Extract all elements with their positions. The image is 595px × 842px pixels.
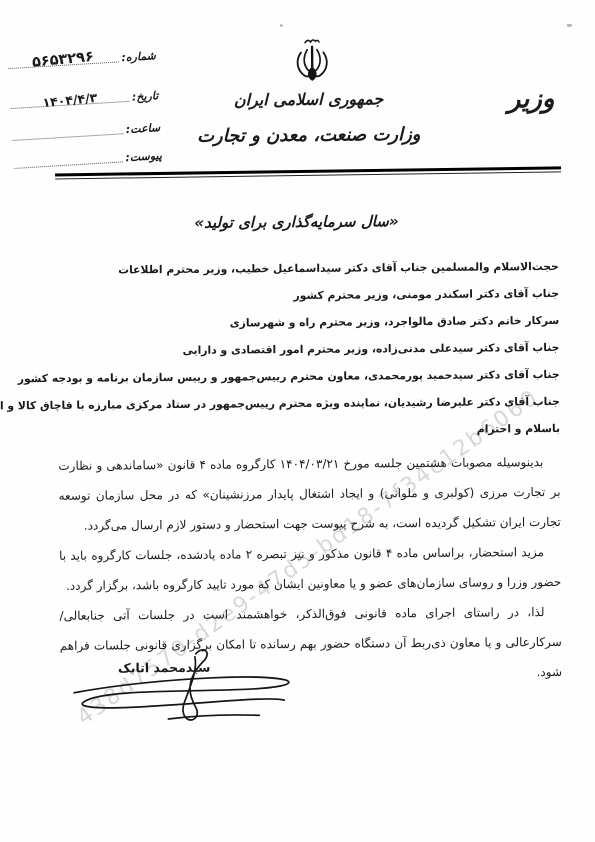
scanned-letter-page: 438d7570-d2e9-47d5-bd18-7f34c12b6060 وزی… [0,0,595,842]
time-field-line [12,115,124,141]
org-name-line1: جمهوری اسلامی ایران [208,89,408,110]
time-field: ساعت: [12,113,161,144]
date-field-label: تاریخ: [132,89,159,105]
attachment-field-line [13,143,122,168]
header-fields: شماره: ۵۶۵۳۲۹۶ تاریخ: ۱۴۰۴/۴/۳ ساعت: [7,41,155,50]
time-field-label: ساعت: [125,121,160,137]
date-field-value: ۱۴۰۴/۴/۳ [42,90,98,110]
body-paragraph-2: مزید استحضار، براساس ماده ۴ قانون مذکور … [59,537,561,601]
date-field: تاریخ: ۱۴۰۴/۴/۳ [10,81,159,112]
number-field: شماره: ۵۶۵۳۲۹۶ [7,41,156,72]
body-paragraph-1: بدینوسیله مصوبات هشتمین جلسه مورخ ۱۴۰۴/۰… [58,447,561,541]
letterhead: وزیر جمهوری اسلامی ایران وزارت صنعت، معد… [0,0,592,2]
scan-speck [567,24,572,27]
recipient-line: سرکار خانم دکتر صادق مالواجرد، وزیر محتر… [57,307,559,338]
attachment-field-label: پیوست: [125,149,162,165]
attachment-field: پیوست: [13,141,162,172]
recipients-list: حجت‌الاسلام والمسلمین جناب آقای دکتر سید… [57,253,560,446]
org-name-line2: وزارت صنعت، معدن و تجارت [179,124,439,147]
slogan: «سال سرمایه‌گذاری برای تولید» [96,211,496,232]
recipient-line: جناب آقای دکتر سیدحمید پورمحمدی، معاون م… [58,361,560,392]
scan-speck [280,24,283,27]
iran-emblem-icon [291,36,333,86]
salutation: باسلام و احترام [58,415,560,446]
recipient-line: حجت‌الاسلام والمسلمین جناب آقای دکتر سید… [57,253,559,284]
letter-scan: وزیر جمهوری اسلامی ایران وزارت صنعت، معد… [0,0,595,842]
recipient-line: جناب آقای دکتر علیرضا رشیدیان، نماینده و… [58,388,560,419]
number-field-value: ۵۶۵۳۲۹۶ [32,49,95,71]
number-field-line: ۵۶۵۳۲۹۶ [7,43,119,69]
recipient-line: جناب آقای دکتر سیدعلی مدنی‌زاده، وزیر مح… [57,334,559,365]
signature-block: سیدمحمد اتابک [72,643,308,733]
letter-body: حجت‌الاسلام والمسلمین جناب آقای دکتر سید… [57,253,562,691]
header-rule [55,166,561,179]
recipient-line: جناب آقای دکتر اسکندر مومنی، وزیر محترم … [57,280,559,311]
minister-title: وزیر [508,84,555,114]
signature-name: سیدمحمد اتابک [118,660,211,676]
signature-scribble [72,643,308,733]
date-field-line: ۱۴۰۴/۴/۳ [10,83,130,109]
number-field-label: شماره: [121,49,156,65]
